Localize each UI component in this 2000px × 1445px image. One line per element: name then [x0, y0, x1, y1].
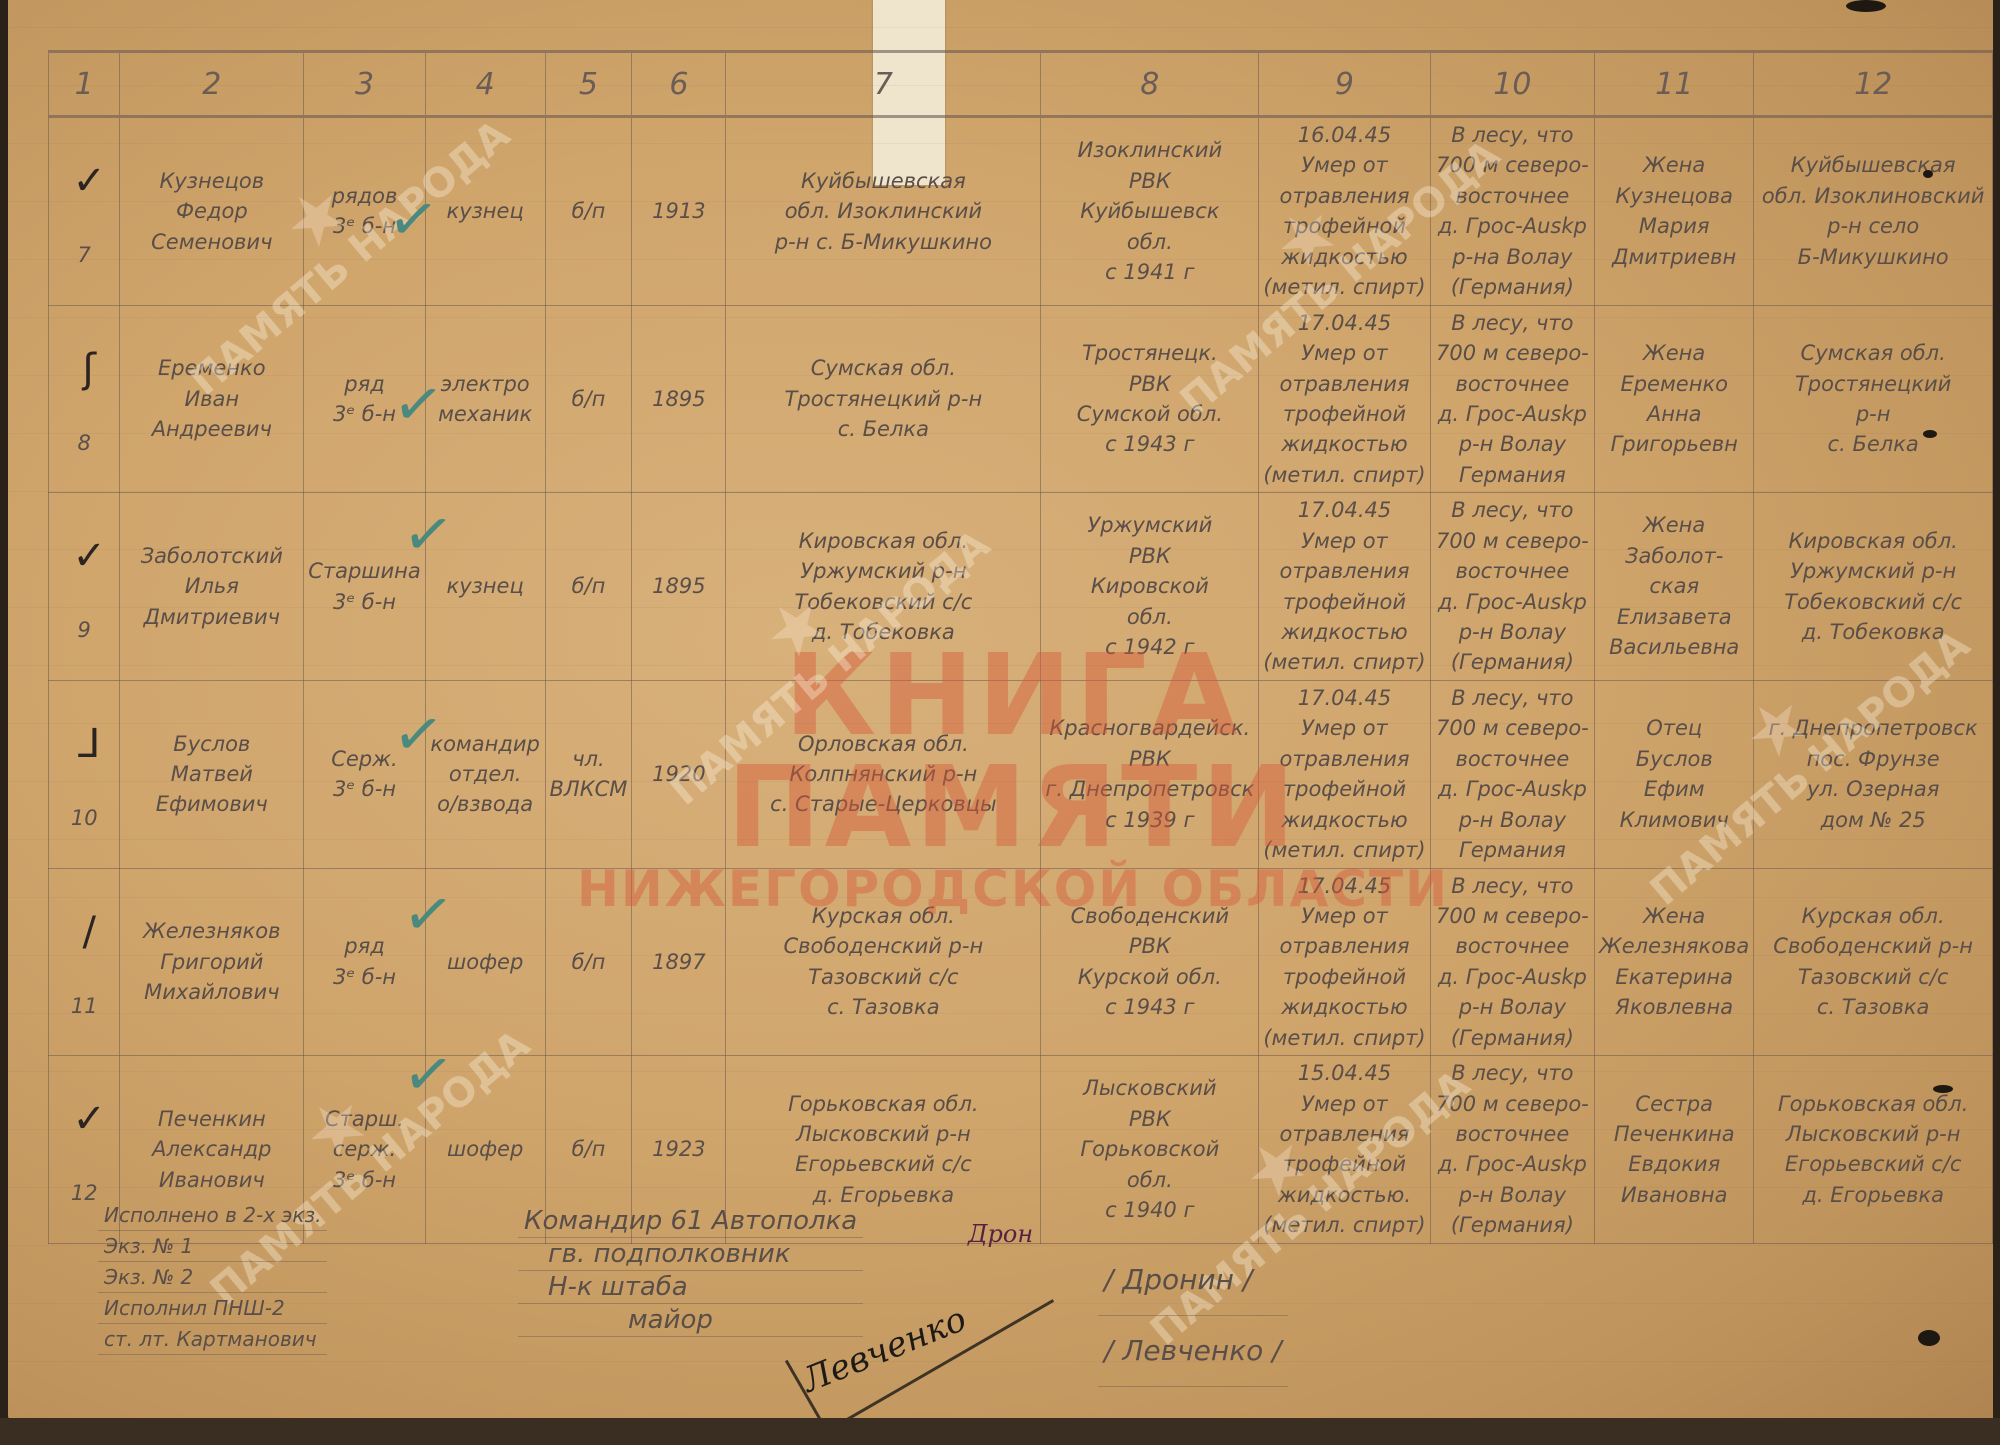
- cell-draft-office: ЛысковскийРВКГорьковскойобл.с 1940 г: [1041, 1056, 1259, 1244]
- cell-death: 16.04.45Умер ототравлениятрофейнойжидкос…: [1259, 117, 1430, 306]
- cell-birthplace: Орловская обл.Колпнянский р-нс. Старые-Ц…: [726, 680, 1041, 868]
- cell-relative: СестраПеченкинаЕвдокияИвановна: [1595, 1056, 1754, 1244]
- column-header: 3: [304, 52, 426, 117]
- cell-party: б/п: [545, 868, 632, 1056]
- cell-death: 15.04.45Умер ототравлениятрофейнойжидкос…: [1259, 1056, 1430, 1244]
- cell-name: БусловМатвейЕфимович: [120, 680, 304, 868]
- paper-damage: [1923, 430, 1937, 438]
- cell-birth-year: 1913: [632, 117, 726, 306]
- cell-draft-office: СвободенскийРВККурской обл.с 1943 г: [1041, 868, 1259, 1056]
- column-header: 12: [1754, 52, 1993, 117]
- cell-draft-office: Красногвардейск.РВКг. Днепропетровскс 19…: [1041, 680, 1259, 868]
- cell-relative-address: Курская обл.Свободенский р-нТазовский с/…: [1754, 868, 1993, 1056]
- cell-party: б/п: [545, 305, 632, 493]
- column-header: 2: [120, 52, 304, 117]
- cell-birth-year: 1920: [632, 680, 726, 868]
- cell-birthplace: Кировская обл.Уржумский р-нТобековский с…: [726, 493, 1041, 681]
- checkmark-icon: ✓: [398, 1037, 458, 1113]
- tick-mark-icon: ✓: [53, 1090, 115, 1148]
- column-header: 11: [1595, 52, 1754, 117]
- cell-relative: ЖенаЕременкоАннаГригорьевн: [1595, 305, 1754, 493]
- cell-specialty: кузнец: [425, 117, 545, 306]
- column-header: 10: [1430, 52, 1594, 117]
- table-row: ✓9ЗаболотскийИльяДмитриевичСтаршина3ᵉ б-…: [49, 493, 1993, 681]
- row-number-label: 11: [71, 994, 98, 1018]
- cell-burial: В лесу, что700 м северо-восточнеед. Грос…: [1430, 305, 1594, 493]
- tick-mark-icon: ✓: [53, 527, 115, 585]
- tick-mark-icon: /: [53, 903, 115, 961]
- cell-birth-year: 1897: [632, 868, 726, 1056]
- cell-name: ЕременкоИванАндреевич: [120, 305, 304, 493]
- checkmark-icon: ✓: [398, 877, 458, 953]
- cell-burial: В лесу, что700 м северо-восточнеед. Грос…: [1430, 868, 1594, 1056]
- row-number-label: 7: [78, 243, 91, 267]
- cell-death: 17.04.45Умер ототравлениятрофейнойжидкос…: [1259, 305, 1430, 493]
- cell-birth-year: 1895: [632, 493, 726, 681]
- document-page: 1 2 3 4 5 6 7 8 9 10 11 12 ✓7КузнецовФед…: [8, 0, 1993, 1420]
- paper-damage: [1918, 1330, 1940, 1346]
- column-header: 5: [545, 52, 632, 117]
- row-number: ʃ8: [49, 305, 120, 493]
- cell-draft-office: Тростянецк.РВКСумской обл.с 1943 г: [1041, 305, 1259, 493]
- cell-relative: ЖенаЗаболот-скаяЕлизаветаВасильевна: [1595, 493, 1754, 681]
- cell-birthplace: Куйбышевскаяобл. Изоклинскийр-н с. Б-Мик…: [726, 117, 1041, 306]
- row-number: ✓9: [49, 493, 120, 681]
- cell-name: КузнецовФедорСеменович: [120, 117, 304, 306]
- cell-relative-address: Сумская обл.Тростянецкийр-нс. Белка: [1754, 305, 1993, 493]
- records-table-wrapper: 1 2 3 4 5 6 7 8 9 10 11 12 ✓7КузнецовФед…: [48, 50, 1993, 1244]
- row-number: /11: [49, 868, 120, 1056]
- table-row: ✓12ПеченкинАлександрИвановичСтарш.серж.3…: [49, 1056, 1993, 1244]
- cell-name: ЗаболотскийИльяДмитриевич: [120, 493, 304, 681]
- cell-relative-address: г. Днепропетровскпос. Фрунзеул. Озернаяд…: [1754, 680, 1993, 868]
- column-header: 8: [1041, 52, 1259, 117]
- cell-relative-address: Куйбышевскаяобл. Изоклиновскийр-н селоБ-…: [1754, 117, 1993, 306]
- column-header: 6: [632, 52, 726, 117]
- paper-damage: [1933, 1085, 1953, 1093]
- cell-birth-year: 1895: [632, 305, 726, 493]
- cell-death: 17.04.45Умер ототравлениятрофейнойжидкос…: [1259, 680, 1430, 868]
- cell-burial: В лесу, что700 м северо-восточнеед. Грос…: [1430, 493, 1594, 681]
- row-number-label: 8: [78, 431, 91, 455]
- cell-death: 17.04.45Умер ототравлениятрофейнойжидкос…: [1259, 493, 1430, 681]
- row-number: ⅃10: [49, 680, 120, 868]
- cell-party: б/п: [545, 493, 632, 681]
- checkmark-icon: ✓: [398, 497, 458, 573]
- row-number-label: 10: [71, 806, 98, 830]
- row-number-label: 9: [78, 618, 91, 642]
- cell-burial: В лесу, что700 м северо-восточнеед. Грос…: [1430, 1056, 1594, 1244]
- cell-relative-address: Кировская обл.Уржумский р-нТобековский с…: [1754, 493, 1993, 681]
- cell-relative: ЖенаКузнецоваМарияДмитриевн: [1595, 117, 1754, 306]
- cell-burial: В лесу, что700 м северо-восточнеед. Грос…: [1430, 117, 1594, 306]
- cell-birthplace: Сумская обл.Тростянецкий р-нс. Белка: [726, 305, 1041, 493]
- tick-mark-icon: ✓: [53, 152, 115, 210]
- column-header: 9: [1259, 52, 1430, 117]
- signatory-names: / Дронин / / Левченко /: [1098, 1245, 1288, 1387]
- checkmark-icon: ✓: [383, 182, 443, 258]
- checkmark-icon: ✓: [388, 697, 448, 773]
- cell-party: б/п: [545, 117, 632, 306]
- scan-background: [0, 1418, 2000, 1445]
- table-row: ʃ8ЕременкоИванАндреевичряд3ᵉ б-нэлектром…: [49, 305, 1993, 493]
- signatory-titles: Командир 61 Автополка гв. подполковник Н…: [518, 1205, 863, 1337]
- cell-death: 17.04.45Умер ототравлениятрофейнойжидкос…: [1259, 868, 1430, 1056]
- cell-draft-office: ИзоклинскийРВККуйбышевскобл.с 1941 г: [1041, 117, 1259, 306]
- paper-damage: [1846, 0, 1886, 12]
- cell-draft-office: УржумскийРВККировскойобл.с 1942 г: [1041, 493, 1259, 681]
- cell-relative-address: Горьковская обл.Лысковский р-нЕгорьевски…: [1754, 1056, 1993, 1244]
- column-header: 4: [425, 52, 545, 117]
- execution-note: Исполнено в 2-х экз. Экз. № 1 Экз. № 2 И…: [98, 1200, 327, 1355]
- column-header: 7: [726, 52, 1041, 117]
- row-number: ✓7: [49, 117, 120, 306]
- cell-name: ЖелезняковГригорийМихайлович: [120, 868, 304, 1056]
- cell-party: чл. ВЛКСМ: [545, 680, 632, 868]
- checkmark-icon: ✓: [388, 367, 448, 443]
- tick-mark-icon: ʃ: [53, 340, 115, 398]
- row-number-label: 12: [71, 1181, 98, 1205]
- table-row: /11ЖелезняковГригорийМихайловичряд3ᵉ б-н…: [49, 868, 1993, 1056]
- table-row: ⅃10БусловМатвейЕфимовичСерж.3ᵉ б-нкоманд…: [49, 680, 1993, 868]
- paper-damage: [1923, 170, 1933, 178]
- cell-relative: ОтецБусловЕфимКлимович: [1595, 680, 1754, 868]
- cell-burial: В лесу, что700 м северо-восточнеед. Грос…: [1430, 680, 1594, 868]
- column-header-row: 1 2 3 4 5 6 7 8 9 10 11 12: [49, 52, 1993, 117]
- cell-relative: ЖенаЖелезняковаЕкатеринаЯковлевна: [1595, 868, 1754, 1056]
- column-header: 1: [49, 52, 120, 117]
- tick-mark-icon: ⅃: [53, 715, 115, 773]
- cell-birthplace: Курская обл.Свободенский р-нТазовский с/…: [726, 868, 1041, 1056]
- records-table: 1 2 3 4 5 6 7 8 9 10 11 12 ✓7КузнецовФед…: [48, 50, 1993, 1244]
- table-row: ✓7КузнецовФедорСеменовичрядов3ᵉ б-нкузне…: [49, 117, 1993, 306]
